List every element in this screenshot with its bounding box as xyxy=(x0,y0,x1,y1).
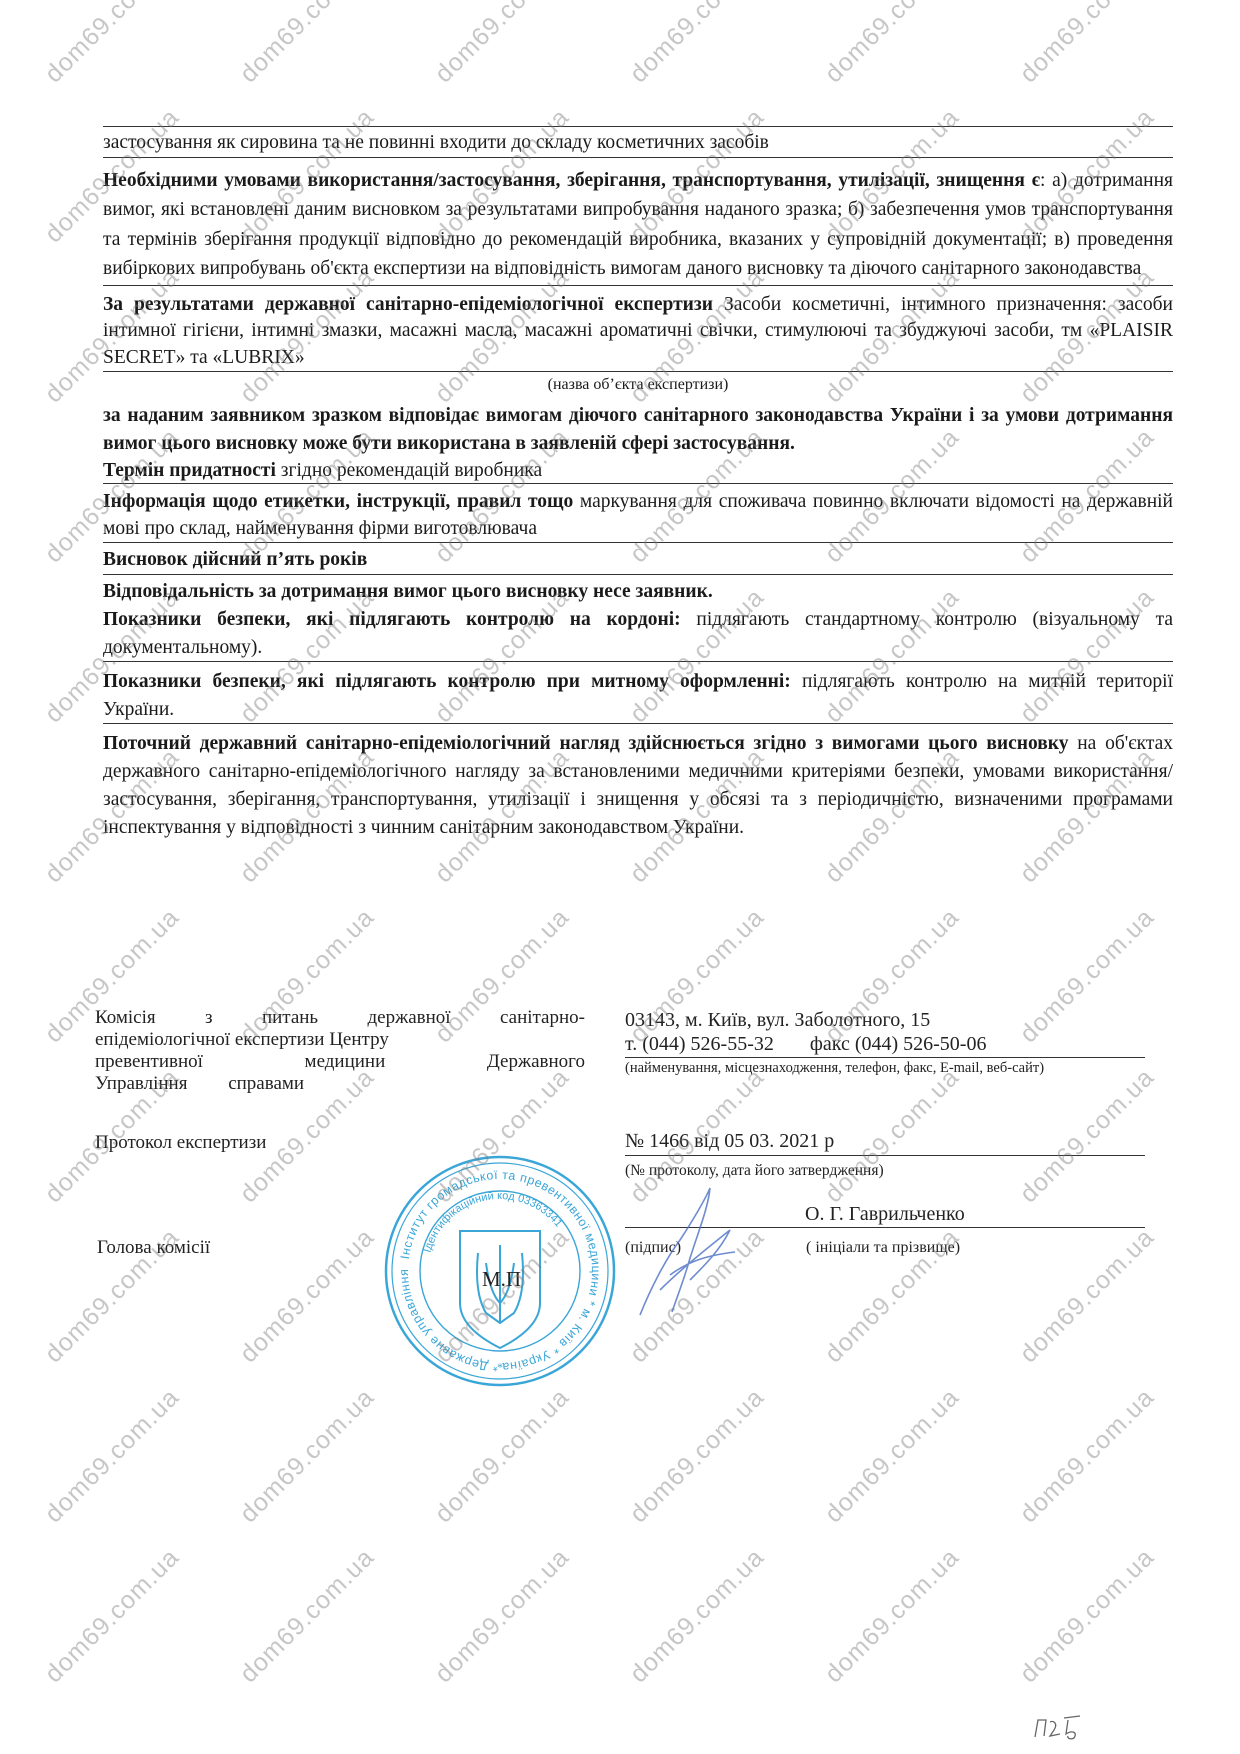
page-initials-icon xyxy=(1030,1712,1090,1742)
contacts-caption: (найменування, місцезнаходження, телефон… xyxy=(625,1057,1044,1079)
commission-line: епідеміологічної експертизи Центру xyxy=(95,1029,585,1051)
commission-line: превентивної медицини Державного xyxy=(95,1051,585,1073)
protocol-caption: (№ протоколу, дата його затвердження) xyxy=(625,1160,884,1182)
commission-name: Комісія з питань державної санітарно- еп… xyxy=(95,1007,585,1095)
head-of-commission-label: Голова комісії xyxy=(97,1237,210,1259)
commission-contacts: 03143, м. Київ, вул. Заболотного, 15 т. … xyxy=(625,1008,1145,1058)
protocol-label: Протокол експертизи xyxy=(95,1132,266,1154)
signer-name: О. Г. Гаврильченко xyxy=(805,1203,965,1225)
phone-text: т. (044) 526-55-32 xyxy=(625,1033,774,1055)
commission-line: Комісія з питань державної санітарно- xyxy=(95,1007,585,1029)
signature-block: Комісія з питань державної санітарно- еп… xyxy=(0,0,1240,1754)
svg-text:*: * xyxy=(497,1360,503,1374)
document-page: застосування як сировина та не повинні в… xyxy=(0,0,1240,1754)
seal-label: М.П xyxy=(482,1267,521,1292)
protocol-number: № 1466 від 05 03. 2021 р xyxy=(625,1130,1145,1156)
initials-caption: ( ініціали та прізвище) xyxy=(806,1239,960,1256)
commission-line: Управління справами xyxy=(95,1073,585,1095)
fax-text: факс (044) 526-50-06 xyxy=(810,1033,987,1055)
phone-fax-line: т. (044) 526-55-32факс (044) 526-50-06 xyxy=(625,1032,1145,1058)
handwritten-signature-icon xyxy=(610,1180,810,1320)
address-text: 03143, м. Київ, вул. Заболотного, 15 xyxy=(625,1009,930,1031)
svg-text:Інститут громадської та превен: Інститут громадської та превентивної мед… xyxy=(382,1153,603,1374)
